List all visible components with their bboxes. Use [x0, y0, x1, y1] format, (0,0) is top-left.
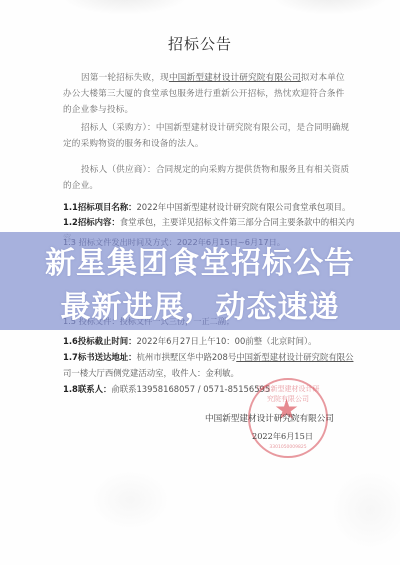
headline-line-1: 新星集团食堂招标公告	[0, 238, 400, 282]
paper-shadow	[270, 0, 390, 15]
item-1-7: 1.7标书送达地址：杭州市拱墅区华中路208号中国新型建材设计研究院有限公司一楼…	[63, 349, 355, 381]
paper-shadow	[90, 470, 170, 530]
bidder-text: 投标人（供应商）：合同规定的向采购方提供货物和服务且有相关资质的企业。	[63, 165, 349, 191]
tenderer-paragraph: 招标人（采购方）：中国新型建材设计研究院有限公司，是合同明确规定的采购物资的服务…	[63, 120, 353, 152]
intro-prefix: 因第一轮招标失败，现	[81, 73, 169, 83]
document-page: 招标公告 因第一轮招标失败，现中国新型建材设计研究院有限公司拟对本单位办公大楼第…	[0, 0, 400, 565]
item-value-company: 中国新型建材设计研究院有限公	[236, 352, 353, 362]
paper-shadow	[60, 0, 190, 15]
paper-shadow	[330, 470, 400, 550]
item-label: 1.1招标项目名称：	[63, 202, 136, 212]
item-value-prefix: 杭州市拱墅区华中路208号	[136, 352, 236, 362]
item-value-cont: 司一楼大厅西侧党建活动室，收件人：金利敏。	[63, 368, 239, 378]
signature-date: 2022年6月15日	[252, 431, 313, 442]
item-value: 2022年中国新型建材设计研究院有限公司食堂承包项目。	[136, 202, 350, 212]
item-1-1: 1.1招标项目名称：2022年中国新型建材设计研究院有限公司食堂承包项目。	[63, 199, 355, 215]
item-value: 2022年6月27日上午10：00前整（北京时间）。	[136, 336, 316, 346]
intro-company: 中国新型建材设计研究院有限公司	[169, 73, 301, 83]
item-1-6: 1.6投标截止时间：2022年6月27日上午10：00前整（北京时间）。	[63, 333, 355, 349]
item-label: 1.6投标截止时间：	[63, 336, 136, 346]
item-value: 俞联系13958168057 / 0571-85156595	[111, 384, 270, 394]
item-label: 1.7标书送达地址：	[63, 352, 136, 362]
signature-organization: 中国新型建材设计研究院有限公司	[205, 412, 334, 424]
item-label: 1.8联系人：	[63, 384, 111, 394]
item-label: 1.2招标内容：	[63, 217, 120, 227]
document-title: 招标公告	[0, 33, 400, 54]
intro-paragraph: 因第一轮招标失败，现中国新型建材设计研究院有限公司拟对本单位办公大楼第三大厦的食…	[63, 70, 353, 118]
bidder-paragraph: 投标人（供应商）：合同规定的向采购方提供货物和服务且有相关资质的企业。	[63, 162, 353, 194]
headline-line-2: 最新进展，动态速递	[0, 282, 400, 326]
tenderer-text: 招标人（采购方）：中国新型建材设计研究院有限公司，是合同明确规定的采购物资的服务…	[63, 123, 349, 149]
seal-code: 3301050009825	[264, 445, 312, 450]
